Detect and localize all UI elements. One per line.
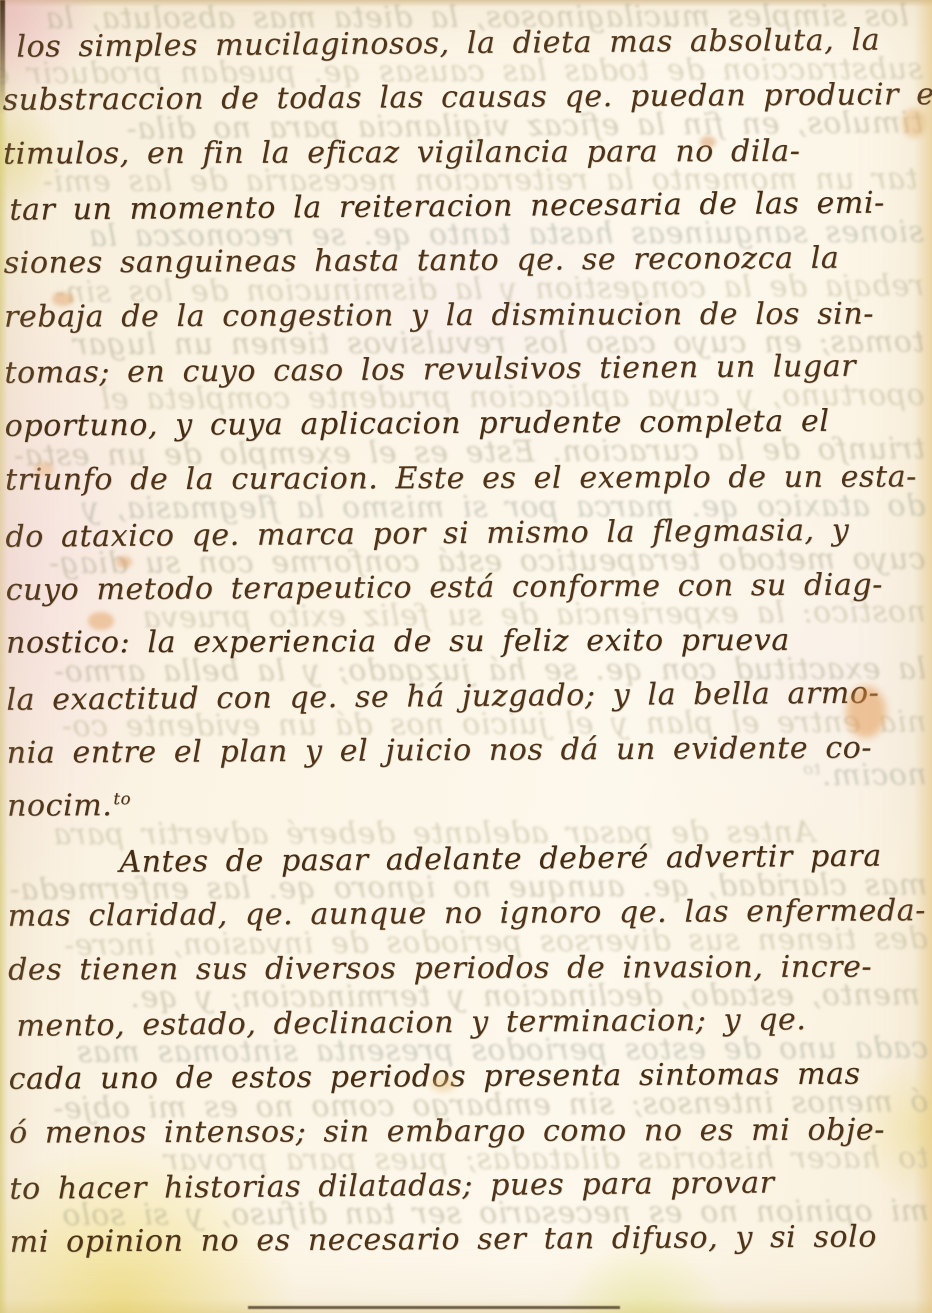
manuscript-line: nocim.to [7,776,929,834]
manuscript-line: mas claridad, qe. aunque no ignoro qe. l… [8,883,930,943]
manuscript-line: los simples mucilaginosos, la dieta mas … [2,12,924,74]
manuscript-line: timulos, en fin la eficaz vigilancia par… [3,123,925,181]
manuscript-line: tomas; en cuyo caso los revulsivos tiene… [4,339,926,401]
manuscript-line: cada uno de estos periodos presenta sint… [9,1047,931,1107]
page-bottom-edge-line [248,1306,620,1309]
manuscript-line: rebaja de la congestion y la disminucion… [4,286,926,344]
manuscript-line: siones sanguineas hasta tanto qe. se rec… [4,231,926,291]
manuscript-line: to hacer historias dilatadas; pues para … [9,1154,931,1216]
manuscript-line: ó menos intensos; sin embargo como no es… [9,1102,931,1160]
manuscript-line: des tienen sus diversos periodos de inva… [8,939,930,997]
manuscript-line: cuyo metodo terapeutico está conforme co… [6,557,928,617]
manuscript-line: substraccion de todas las causas qe. pue… [3,68,925,128]
manuscript-page: los simples mucilaginosos, la dieta mas … [0,0,932,1313]
manuscript-line: la exactitud con qe. se há juzgado; y la… [6,665,928,727]
manuscript-line: nia entre el plan y el juicio nos dá un … [7,720,929,780]
manuscript-line: do ataxico qe. marca por si mismo la fle… [5,502,927,564]
manuscript-line: triunfo de la curacion. Este es el exemp… [5,450,927,508]
manuscript-text-layer: los simples mucilaginosos, la dieta mas … [0,0,932,1270]
manuscript-line: nostico: la experiencia de su feliz exit… [6,613,928,671]
manuscript-line: tar un momento la reiteracion necesaria … [3,175,925,237]
manuscript-line: mento, estado, declinacion y terminacion… [8,991,930,1053]
manuscript-line: mi opinion no es necesario ser tan difus… [10,1210,932,1270]
manuscript-line: oportuno, y cuya aplicacion prudente com… [5,394,927,454]
manuscript-line: Antes de pasar adelante deberé advertir … [7,828,929,890]
